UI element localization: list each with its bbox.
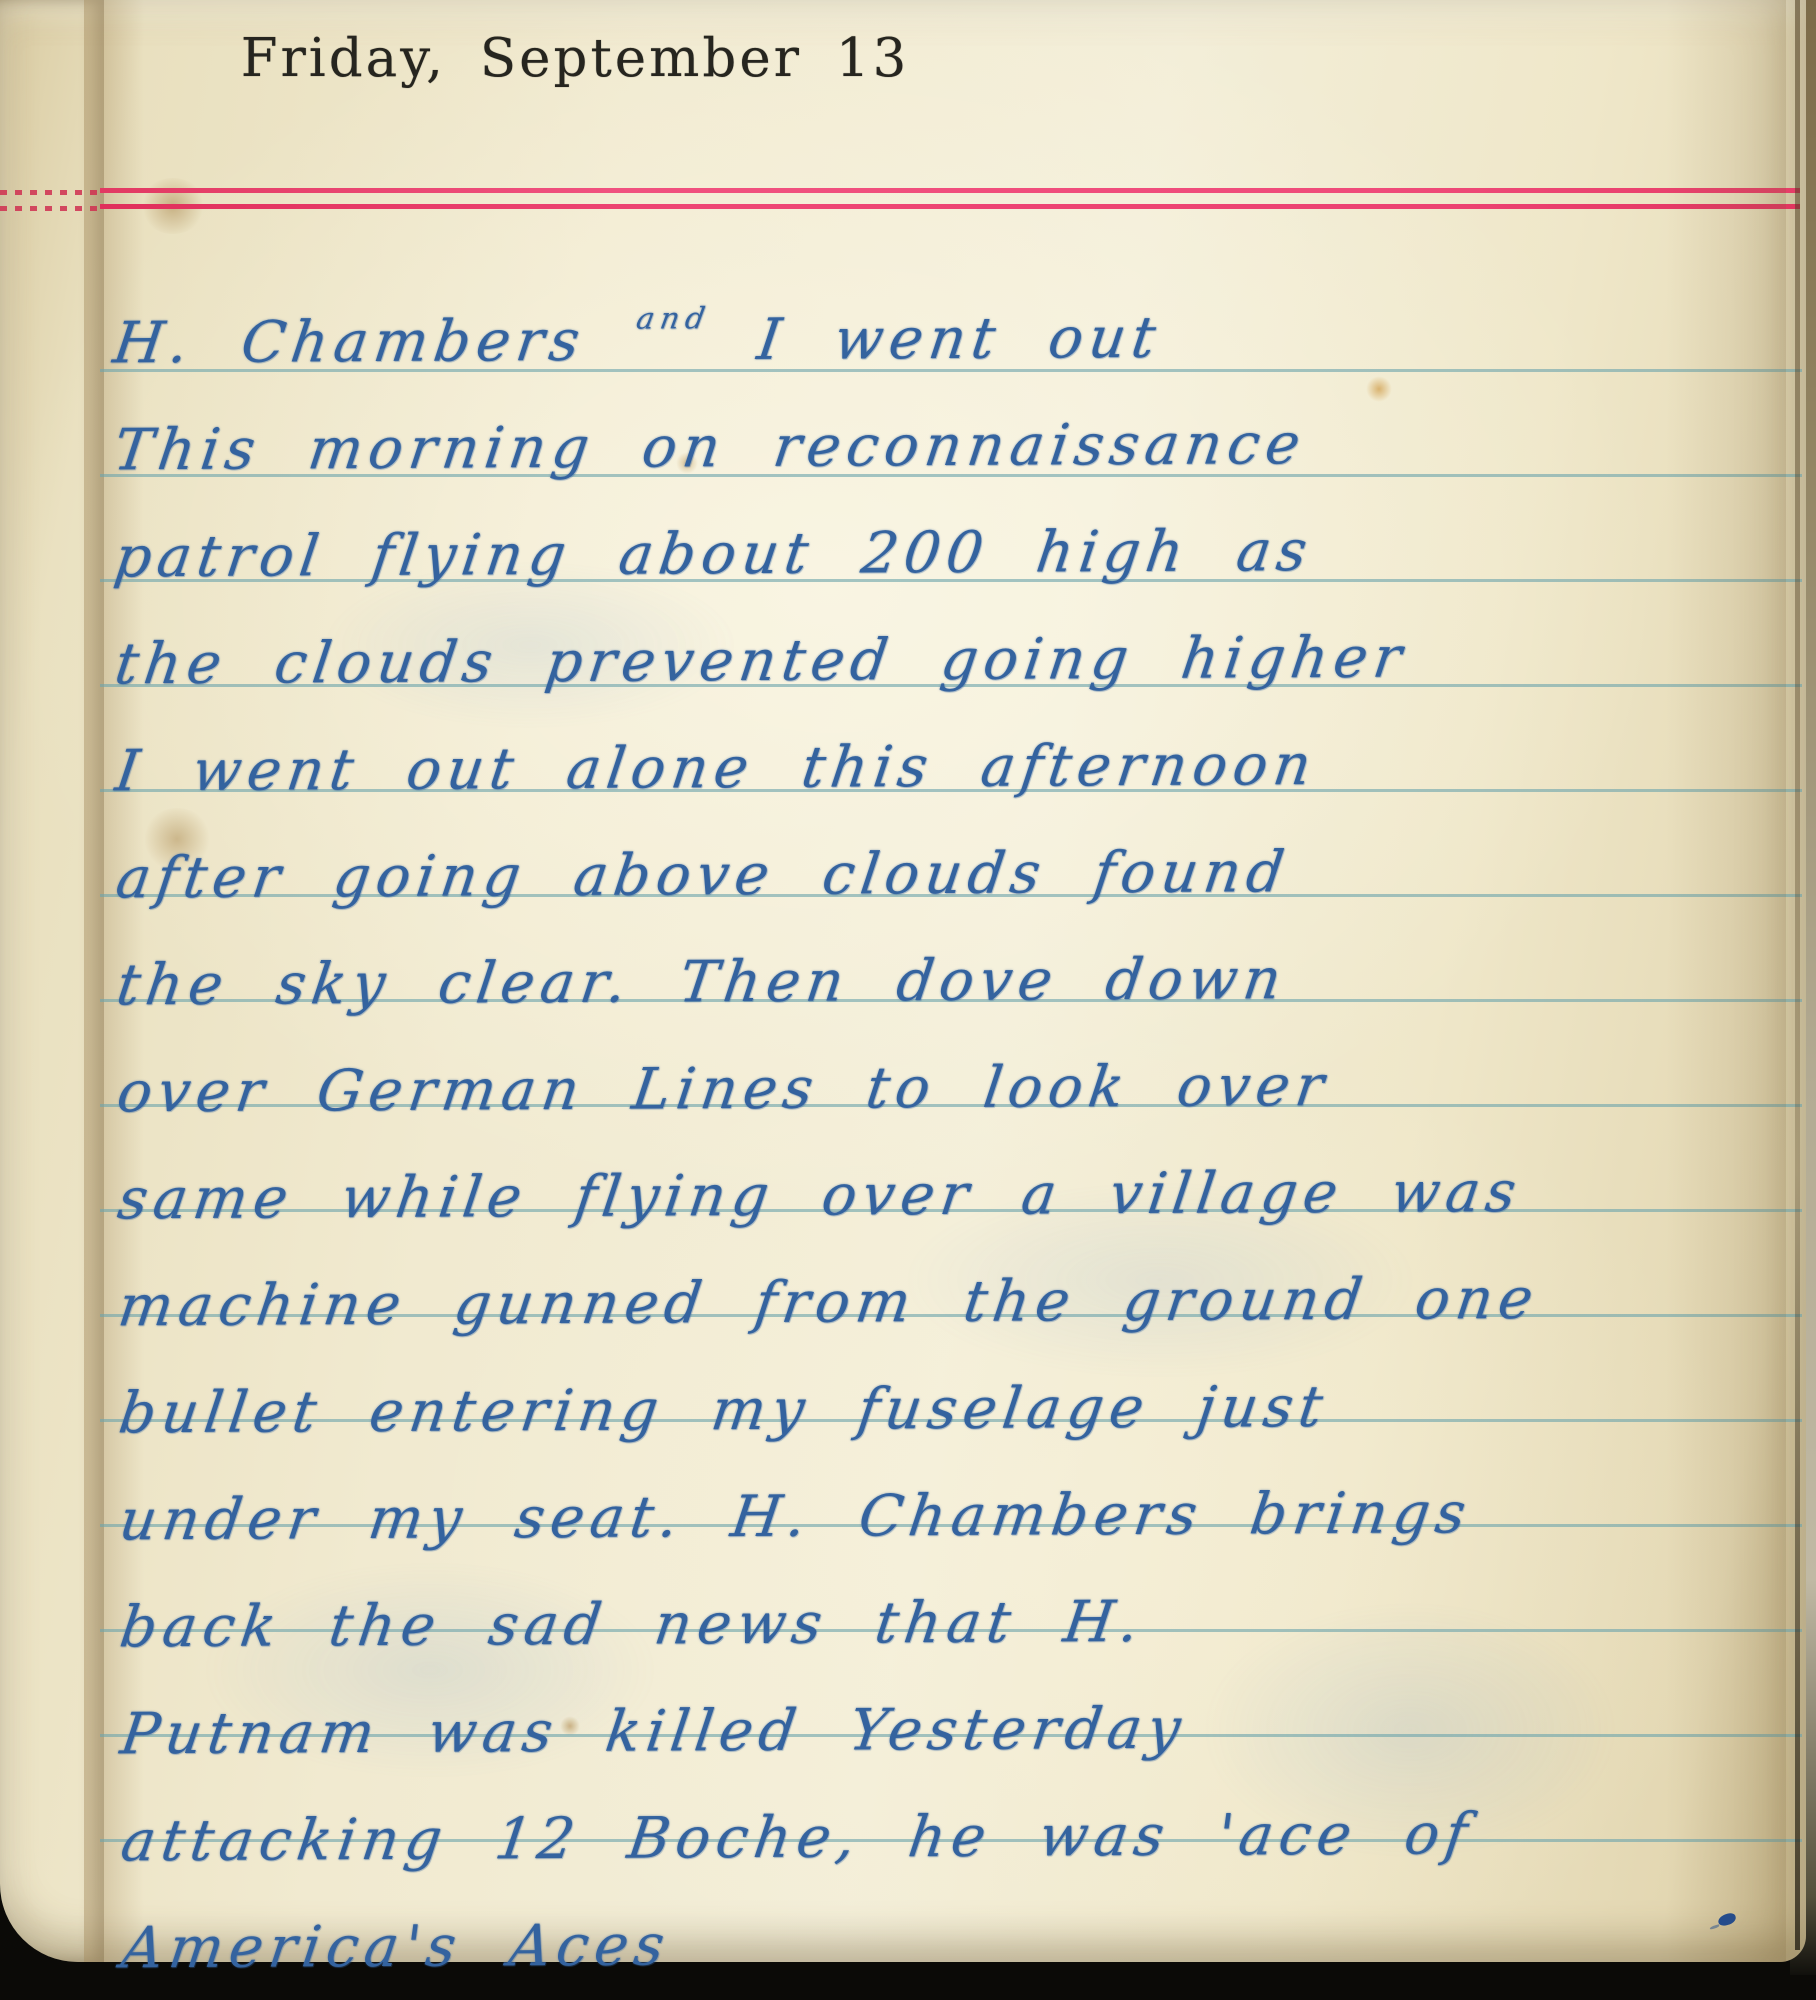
handwriting-line: bullet entering my fuselage just bbox=[119, 1333, 1780, 1449]
handwriting-segment: I went out bbox=[706, 305, 1166, 373]
handwriting-segment: I went out alone this afternoon bbox=[112, 732, 1321, 804]
handwriting-segment: H. Chambers bbox=[109, 308, 589, 377]
margin-rule-bottom bbox=[100, 204, 1800, 209]
margin-rule-bottom-fragment bbox=[0, 206, 100, 211]
margin-rule-top-fragment bbox=[0, 190, 100, 195]
handwriting-segment: patrol flying about 200 high as bbox=[111, 518, 1317, 590]
handwriting-segment: the clouds prevented going higher bbox=[111, 625, 1411, 698]
handwriting-segment: bullet entering my fuselage just bbox=[115, 1374, 1332, 1446]
handwriting-line: over German Lines to look over bbox=[117, 1012, 1778, 1128]
handwriting-line: I went out alone this afternoon bbox=[116, 691, 1777, 807]
handwriting-line: H. Chambers and I went out bbox=[114, 263, 1775, 379]
handwriting-line: This morning on reconnaissance bbox=[114, 370, 1775, 486]
handwriting-line: America's Aces bbox=[122, 1868, 1783, 1984]
handwriting-line: Putnam was killed Yesterday bbox=[121, 1654, 1782, 1770]
handwriting-segment: under my seat. H. Chambers brings bbox=[116, 1480, 1476, 1553]
handwriting-segment: after going above clouds found bbox=[112, 839, 1294, 911]
handwriting-line: back the sad news that H. bbox=[120, 1547, 1781, 1663]
page-date-header: Friday, September 13 bbox=[0, 28, 1150, 89]
handwriting-line: after going above clouds found bbox=[116, 798, 1777, 914]
handwriting-segment: back the sad news that H. bbox=[116, 1589, 1148, 1660]
handwriting-segment: Putnam was killed Yesterday bbox=[117, 1696, 1191, 1768]
handwriting-segment: machine gunned from the ground one bbox=[114, 1266, 1542, 1339]
handwriting-line: same while flying over a village was bbox=[118, 1119, 1779, 1235]
handwriting-segment: This morning on reconnaissance bbox=[110, 411, 1310, 483]
diary-photo: Friday, September 13 H. Chambers and I w… bbox=[0, 0, 1816, 2000]
handwriting-line: patrol flying about 200 high as bbox=[115, 477, 1776, 593]
handwriting-segment: over German Lines to look over bbox=[113, 1053, 1333, 1125]
handwriting-segment: attacking 12 Boche, he was 'ace of bbox=[117, 1801, 1477, 1874]
diary-page: Friday, September 13 H. Chambers and I w… bbox=[0, 0, 1806, 1962]
margin-rule-top bbox=[100, 188, 1800, 193]
handwriting-line: under my seat. H. Chambers brings bbox=[120, 1440, 1781, 1556]
handwriting-segment: the sky clear. Then dove down bbox=[113, 946, 1291, 1018]
handwriting-line: the clouds prevented going higher bbox=[115, 584, 1776, 700]
diary-entry diary-lines: H. Chambers and I went outThis morning o… bbox=[114, 263, 1783, 1984]
handwriting-line: attacking 12 Boche, he was 'ace of bbox=[121, 1761, 1782, 1877]
handwriting-line: the sky clear. Then dove down bbox=[117, 905, 1778, 1021]
handwriting-segment: America's Aces bbox=[118, 1912, 674, 1981]
page-edge-line bbox=[1795, 0, 1800, 1950]
handwriting-line: machine gunned from the ground one bbox=[119, 1226, 1780, 1342]
handwriting-segment: and bbox=[589, 300, 720, 336]
handwriting-segment: same while flying over a village was bbox=[114, 1159, 1526, 1232]
